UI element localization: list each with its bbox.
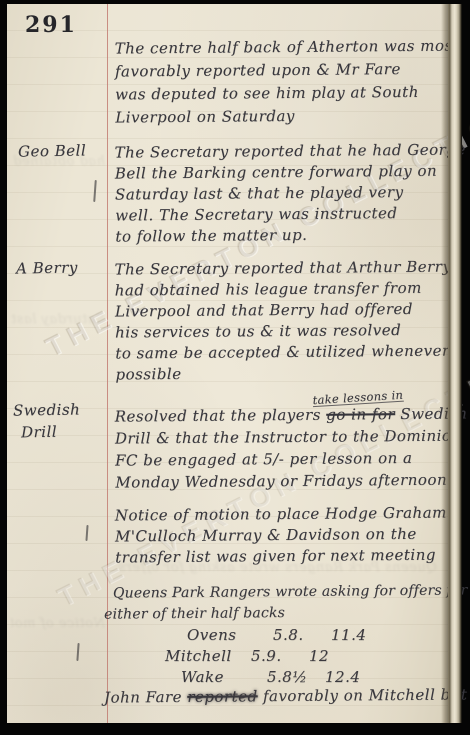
player-weight: 11.4 (331, 626, 366, 644)
handwriting-line: Liverpool and that Berry had offered (115, 299, 452, 323)
handwriting-line: John Fare reported favorably on Mitchell… (104, 685, 468, 706)
minute-entry-atherton: The centre half back of Atherton was mos… (115, 34, 460, 129)
handwriting-line: possible (115, 362, 452, 386)
handwriting-line: The Secretary reported that Arthur Berry (114, 257, 451, 281)
handwriting-line: favorably reported upon & Mr Fare (115, 57, 460, 83)
margin-tick-mark (85, 525, 88, 541)
closing-line: John Fare reported favorably on Mitchell… (104, 685, 468, 706)
margin-tick-mark (93, 180, 97, 202)
handwriting-line: Notice of motion to place Hodge Graham (115, 503, 447, 527)
strikethrough-text: take lessons ingo in for (326, 405, 395, 424)
struck-words: go in for (326, 405, 395, 424)
page-number: 291 (25, 12, 77, 38)
minute-entry-transfer-list: Notice of motion to place Hodge Graham M… (115, 503, 448, 569)
handwriting-line: Liverpool on Saturday (115, 103, 460, 129)
ledger-page: 291 THE EVERTON COLLECTION THE EVERTON C… (7, 4, 448, 723)
player-weight: 12 (309, 647, 329, 665)
scan-background: 291 THE EVERTON COLLECTION THE EVERTON C… (0, 0, 470, 735)
handwriting-line: M'Culloch Murray & Davidson on the (115, 524, 447, 548)
minute-entry-qpr: Queens Park Rangers wrote asking for off… (113, 580, 468, 625)
player-row: Mitchell5.9.12 (165, 647, 329, 665)
margin-note-geo-bell: Geo Bell (18, 141, 86, 160)
player-name: Mitchell (165, 647, 251, 665)
handwriting-line: Monday Wednesday or Fridays afternoon (115, 468, 468, 493)
player-height: 5.9. (251, 647, 309, 665)
page-crease (441, 4, 448, 723)
handwriting-line: either of their half backs (104, 601, 468, 625)
margin-note-drill: Drill (21, 423, 57, 442)
player-name: Wake (165, 668, 267, 686)
handwriting-line: transfer list was given for next meeting (115, 545, 447, 569)
handwriting-line: FC be engaged at 5/- per lesson on a (115, 446, 468, 471)
line-segment: Resolved that the players (115, 406, 327, 426)
line-segment: John Fare (104, 688, 187, 707)
player-row: Ovens5.8.11.4 (165, 626, 366, 644)
handwriting-line: was deputed to see him play at South (115, 80, 460, 106)
handwriting-line: well. The Secretary was instructed (115, 202, 466, 226)
player-row: Wake5.8½12.4 (165, 668, 360, 686)
margin-tick-mark (76, 643, 79, 661)
handwriting-line: Drill & that the Instructor to the Domin… (115, 424, 468, 449)
handwriting-line: to same be accepted & utilized whenever (115, 341, 452, 365)
margin-note-a-berry: A Berry (16, 258, 78, 277)
margin-note-swedish: Swedish (13, 400, 81, 419)
minute-entry-a-berry: The Secretary reported that Arthur Berry… (114, 257, 452, 386)
handwriting-line: Resolved that the players take lessons i… (115, 402, 468, 427)
book-fore-edge (448, 4, 462, 723)
player-height: 5.8½ (267, 668, 325, 686)
bleedthrough-text: Notice of motion to place Hodge Graham (11, 616, 105, 631)
handwriting-line: Bell the Barking centre forward play on (115, 160, 466, 184)
handwriting-line: Queens Park Rangers wrote asking for off… (113, 580, 468, 604)
minute-entry-geo-bell: The Secretary reported that he had Georg… (115, 139, 467, 247)
handwriting-line: to follow the matter up. (115, 223, 466, 247)
handwriting-line: The centre half back of Atherton was mos… (115, 34, 460, 60)
line-segment: favorably on Mitchell but (258, 685, 468, 705)
handwriting-line: had obtained his league transfer from (115, 278, 452, 302)
player-height: 5.8. (273, 626, 331, 644)
handwriting-line: his services to us & it was resolved (115, 320, 452, 344)
player-name: Ovens (165, 626, 273, 644)
minute-entry-swedish-drill: Resolved that the players take lessons i… (115, 402, 469, 493)
player-weight: 12.4 (325, 668, 360, 686)
strikethrough-text: reported (187, 687, 258, 706)
